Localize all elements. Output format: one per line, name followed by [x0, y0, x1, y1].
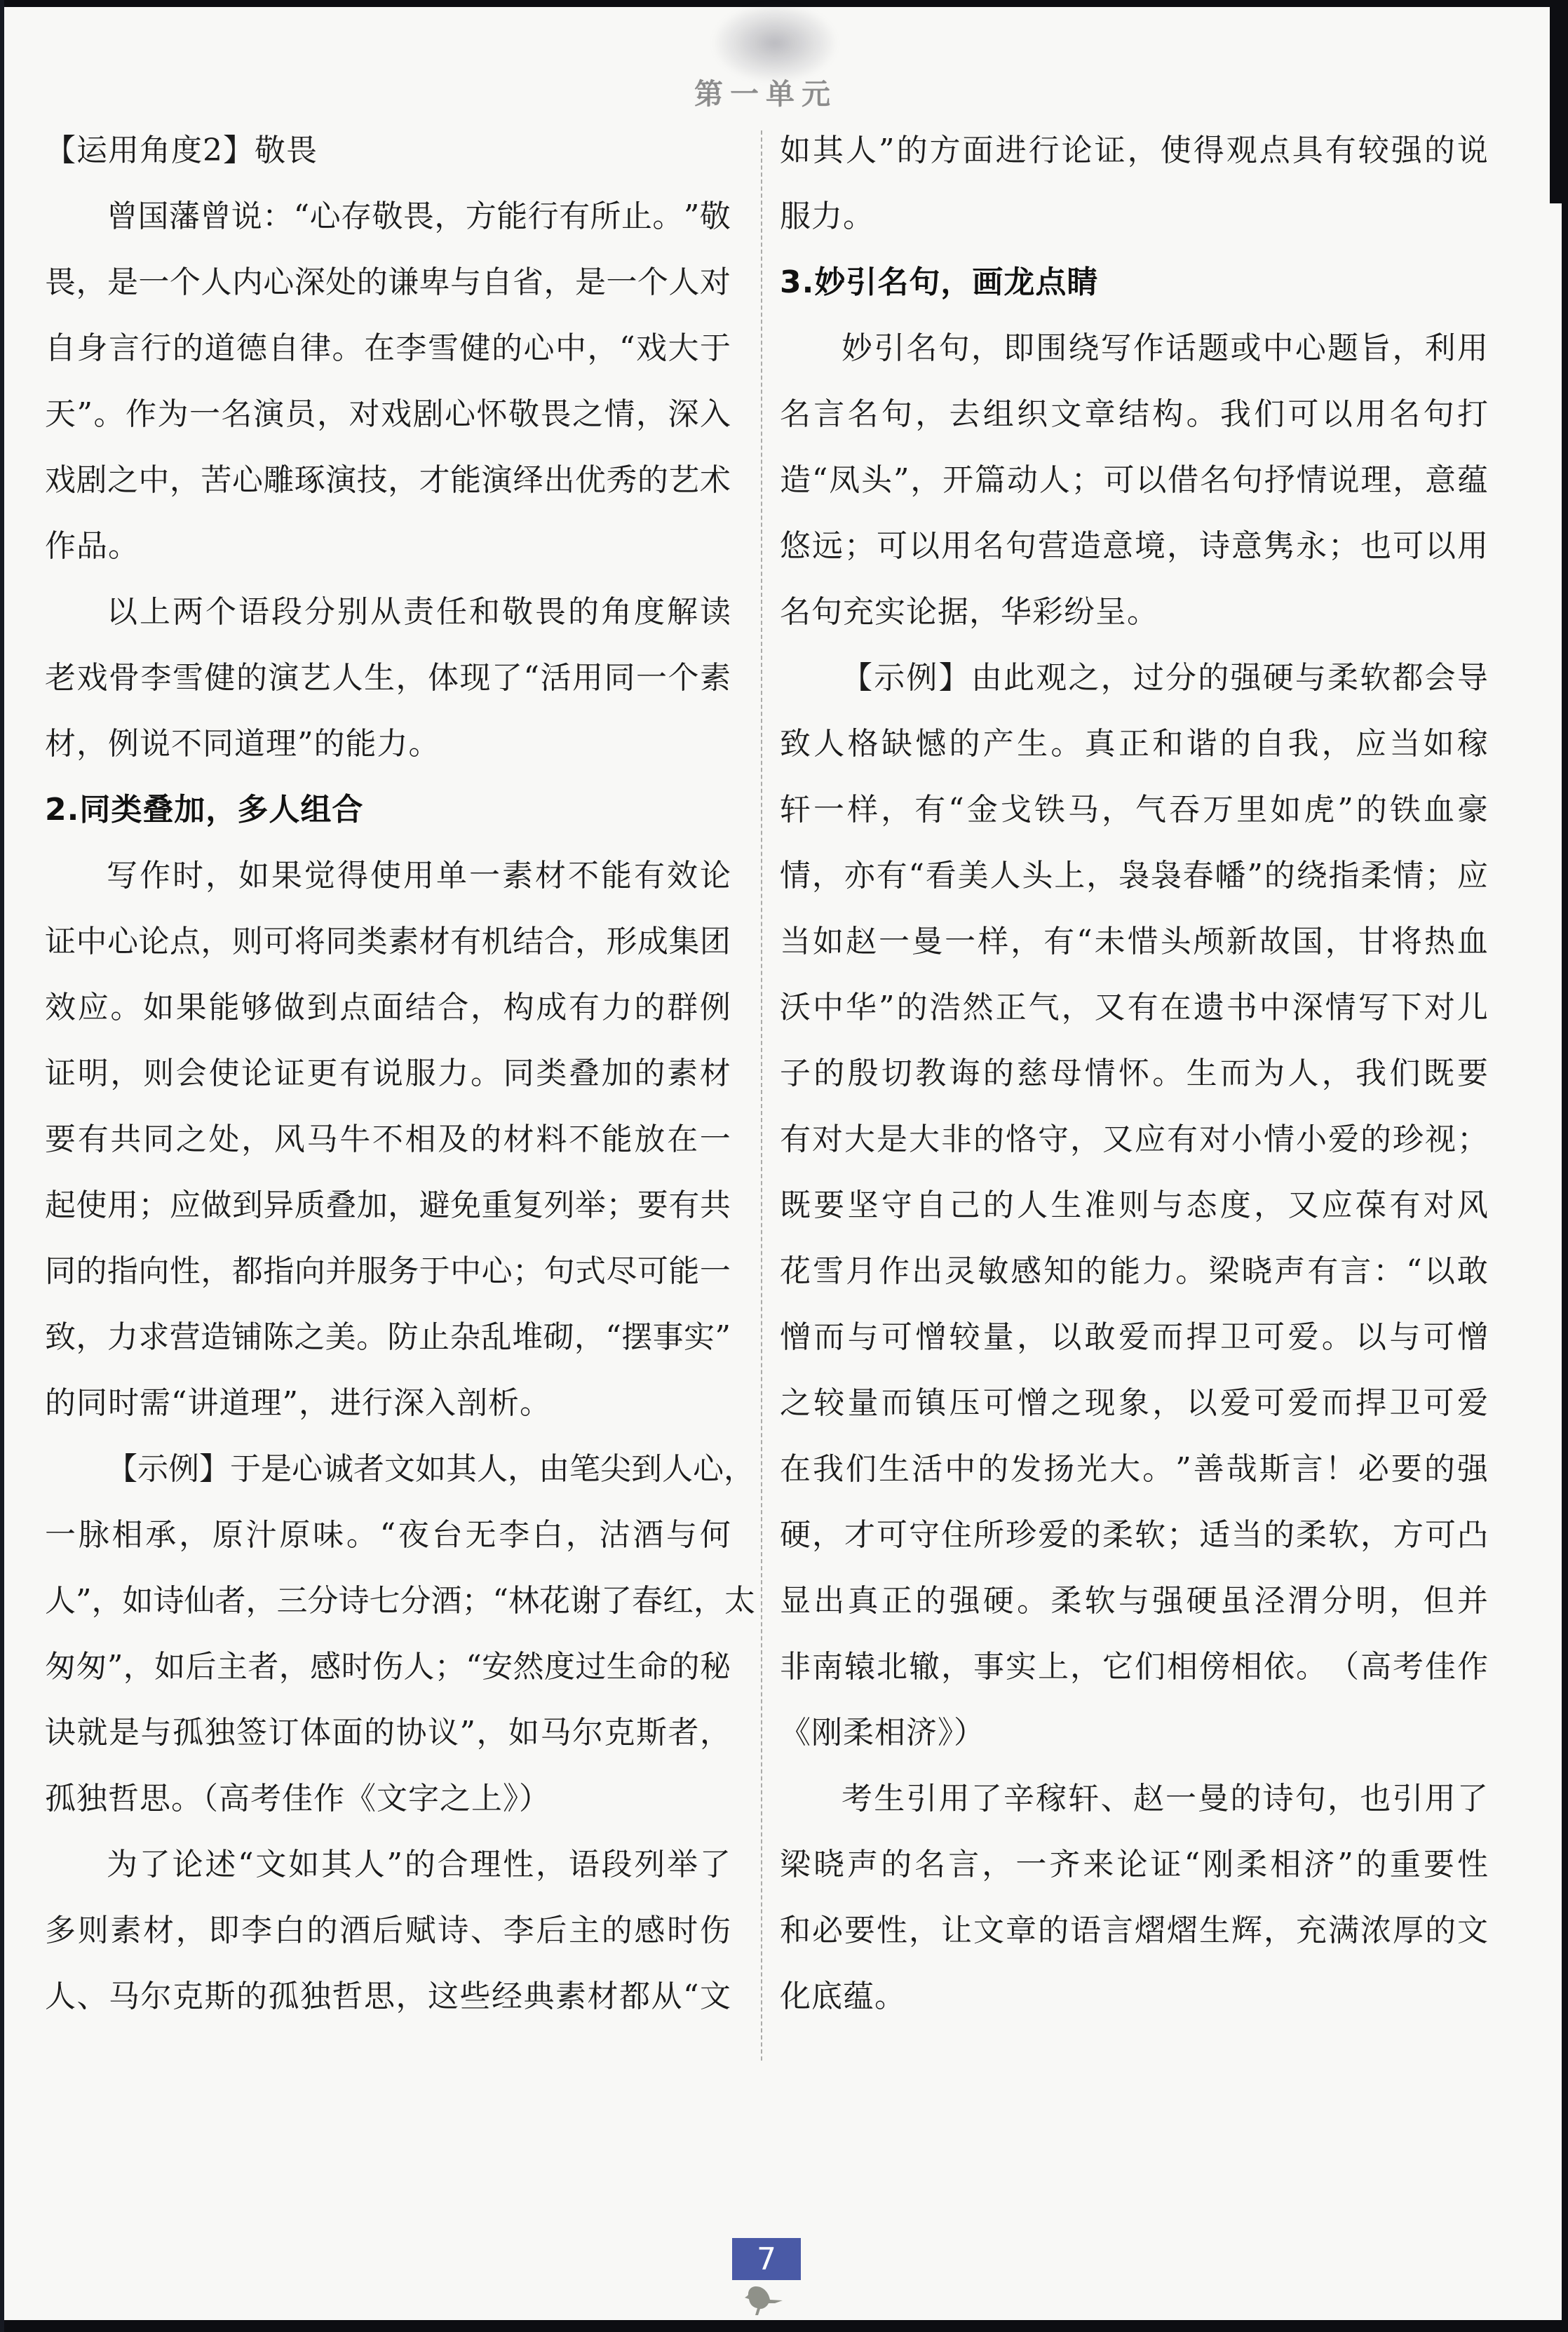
text-line: 《刚柔相济》） [780, 1700, 1488, 1766]
text-line: 戏剧之中，苦心雕琢演技，才能演绎出优秀的艺术 [45, 447, 731, 513]
text-line: 当如赵一曼一样，有“未惜头颅新故国，甘将热血 [780, 909, 1488, 975]
text-line: 造“凤头”，开篇动人；可以借名句抒情说理，意蕴 [780, 447, 1488, 513]
text-line: 证明，则会使论证更有说服力。同类叠加的素材 [45, 1041, 731, 1107]
text-line: 情，亦有“看美人头上，袅袅春幡”的绕指柔情；应 [780, 843, 1488, 909]
scan-smudge [712, 3, 838, 83]
text-line: 作品。 [45, 513, 731, 579]
left-column: 【运用角度2】敬畏曾国藩曾说：“心存敬畏，方能行有所止。”敬畏，是一个人内心深处… [45, 118, 731, 2030]
text-line: 自身言行的道德自律。在李雪健的心中，“戏大于 [45, 316, 731, 382]
text-line: 【运用角度2】敬畏 [45, 118, 731, 184]
text-line: 梁晓声的名言，一齐来论证“刚柔相济”的重要性 [780, 1832, 1488, 1898]
text-line: 匆匆”，如后主者，感时伤人；“安然度过生命的秘 [45, 1634, 731, 1700]
text-line: 考生引用了辛稼轩、赵一曼的诗句，也引用了 [780, 1766, 1488, 1832]
text-line: 悠远；可以用名句营造意境，诗意隽永；也可以用 [780, 513, 1488, 579]
text-line: 轩一样，有“金戈铁马，气吞万里如虎”的铁血豪 [780, 777, 1488, 843]
scanned-book-page: { "header": { "unit_title": "第一单元" }, "f… [0, 0, 1568, 2332]
text-line: 名句充实论据，华彩纷呈。 [780, 579, 1488, 645]
text-line: 人、马尔克斯的孤独哲思，这些经典素材都从“文 [45, 1964, 731, 2030]
text-line: 畏，是一个人内心深处的谦卑与自省，是一个人对 [45, 250, 731, 316]
text-line: 起使用；应做到异质叠加，避免重复列举；要有共 [45, 1173, 731, 1239]
text-line: 天”。作为一名演员，对戏剧心怀敬畏之情，深入 [45, 382, 731, 447]
text-line: 致人格缺憾的产生。真正和谐的自我，应当如稼 [780, 711, 1488, 777]
text-line: 非南辕北辙，事实上，它们相傍相依。（高考佳作 [780, 1634, 1488, 1700]
text-line: 既要坚守自己的人生准则与态度，又应葆有对风 [780, 1173, 1488, 1239]
text-line: 为了论述“文如其人”的合理性，语段列举了 [45, 1832, 731, 1898]
text-line: 有对大是大非的恪守，又应有对小情小爱的珍视； [780, 1107, 1488, 1173]
text-line: 憎而与可憎较量，以敢爱而捍卫可爱。以与可憎 [780, 1305, 1488, 1370]
text-line: 在我们生活中的发扬光大。”善哉斯言！必要的强 [780, 1436, 1488, 1502]
right-edge-wedge [1550, 0, 1568, 203]
left-edge [0, 0, 4, 2332]
section-heading: 3.妙引名句，画龙点睛 [780, 250, 1488, 316]
text-line: 同的指向性，都指向并服务于中心；句式尽可能一 [45, 1239, 731, 1305]
text-line: 【示例】于是心诚者文如其人，由笔尖到人心， [45, 1436, 731, 1502]
text-line: 写作时，如果觉得使用单一素材不能有效论 [45, 843, 731, 909]
text-line: 和必要性，让文章的语言熠熠生辉，充满浓厚的文 [780, 1898, 1488, 1964]
text-line: 曾国藩曾说：“心存敬畏，方能行有所止。”敬 [45, 184, 731, 250]
unit-title: 第一单元 [644, 73, 888, 115]
text-line: 以上两个语段分别从责任和敬畏的角度解读 [45, 579, 731, 645]
text-line: 证中心论点，则可将同类素材有机结合，形成集团 [45, 909, 731, 975]
text-line: 材，例说不同道理”的能力。 [45, 711, 731, 777]
text-line: 子的殷切教诲的慈母情怀。生而为人，我们既要 [780, 1041, 1488, 1107]
page-number: 7 [757, 2242, 776, 2277]
text-line: 之较量而镇压可憎之现象，以爱可爱而捍卫可爱 [780, 1370, 1488, 1436]
text-line: 显出真正的强硬。柔软与强硬虽泾渭分明，但并 [780, 1568, 1488, 1634]
text-line: 沃中华”的浩然正气，又有在遗书中深情写下对儿 [780, 975, 1488, 1041]
text-line: 【示例】由此观之，过分的强硬与柔软都会导 [780, 645, 1488, 711]
bottom-edge [0, 2320, 1568, 2332]
column-divider [761, 130, 762, 2061]
text-line: 老戏骨李雪健的演艺人生，体现了“活用同一个素 [45, 645, 731, 711]
text-line: 服力。 [780, 184, 1488, 250]
text-line: 要有共同之处，风马牛不相及的材料不能放在一 [45, 1107, 731, 1173]
right-edge [1562, 0, 1568, 2332]
text-line: 妙引名句，即围绕写作话题或中心题旨，利用 [780, 316, 1488, 382]
text-line: 硬，才可守住所珍爱的柔软；适当的柔软，方可凸 [780, 1502, 1488, 1568]
text-line: 诀就是与孤独签订体面的协议”，如马尔克斯者， [45, 1700, 731, 1766]
text-line: 效应。如果能够做到点面结合，构成有力的群例 [45, 975, 731, 1041]
bird-icon [742, 2282, 787, 2317]
page-number-box: 7 [732, 2238, 801, 2280]
text-line: 孤独哲思。（高考佳作《文字之上》） [45, 1766, 731, 1832]
text-line: 名言名句，去组织文章结构。我们可以用名句打 [780, 382, 1488, 447]
text-line: 化底蕴。 [780, 1964, 1488, 2030]
section-heading: 2.同类叠加，多人组合 [45, 777, 731, 843]
text-line: 一脉相承，原汁原味。“夜台无李白，沽酒与何 [45, 1502, 731, 1568]
text-line: 致，力求营造铺陈之美。防止杂乱堆砌，“摆事实” [45, 1305, 731, 1370]
text-line: 人”，如诗仙者，三分诗七分酒；“林花谢了春红，太 [45, 1568, 731, 1634]
text-line: 如其人”的方面进行论证，使得观点具有较强的说 [780, 118, 1488, 184]
text-line: 花雪月作出灵敏感知的能力。梁晓声有言：“以敢 [780, 1239, 1488, 1305]
text-line: 多则素材，即李白的酒后赋诗、李后主的感时伤 [45, 1898, 731, 1964]
text-line: 的同时需“讲道理”，进行深入剖析。 [45, 1370, 731, 1436]
right-column: 如其人”的方面进行论证，使得观点具有较强的说服力。3.妙引名句，画龙点睛妙引名句… [780, 118, 1488, 2030]
